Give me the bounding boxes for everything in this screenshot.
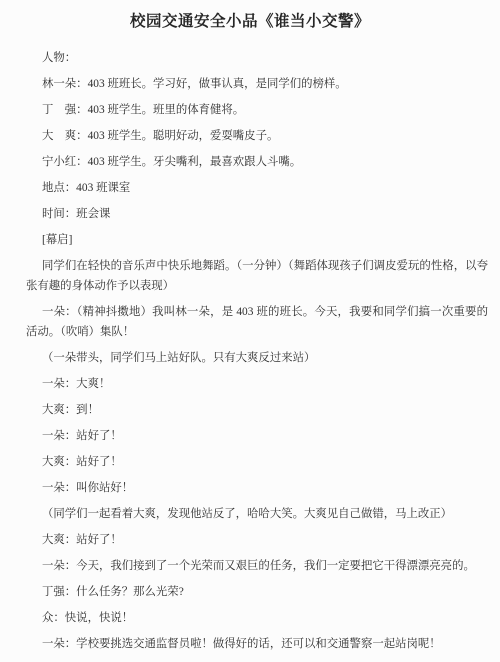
paragraph-stage-direction: （同学们一起看着大爽，发现他站反了，哈哈大笑。大爽见自己做错，马上改正）	[26, 504, 488, 524]
paragraph-curtain-up: [幕启]	[26, 230, 488, 250]
paragraph-dialogue: 一朵：（精神抖擞地）我叫林一朵，是 403 班的班长。今天，我要和同学们搞一次重…	[26, 302, 488, 342]
paragraph-dialogue: 大爽：到！	[26, 400, 488, 420]
paragraph-stage-direction: （一朵带头，同学们马上站好队。只有大爽反过来站）	[26, 348, 488, 368]
script-document-page: 校园交通安全小品《谁当小交警》 人物： 林一朵：403 班班长。学习好，做事认真…	[0, 0, 500, 662]
document-title: 校园交通安全小品《谁当小交警》	[26, 10, 474, 34]
paragraph-dialogue: 一朵：大爽！	[26, 374, 488, 394]
paragraph-dialogue: 一朵：今天，我们接到了一个光荣而又艰巨的任务，我们一定要把它干得漂漂亮亮的。	[26, 556, 488, 576]
paragraph-dialogue: 大爽：站好了！	[26, 530, 488, 550]
paragraph-dialogue: 一朵：站好了！	[26, 426, 488, 446]
paragraph-dialogue: 众：快说，快说！	[26, 608, 488, 628]
paragraph-character-ningxiaohong: 宁小红：403 班学生。牙尖嘴利，最喜欢跟人斗嘴。	[26, 152, 488, 172]
paragraph-time: 时间：班会课	[26, 204, 488, 224]
paragraph-location: 地点：403 班课室	[26, 178, 488, 198]
paragraph-dialogue: 一朵：叫你站好！	[26, 478, 488, 498]
paragraph-stage-direction: 同学们在轻快的音乐声中快乐地舞蹈。（一分钟）（舞蹈体现孩子们调皮爱玩的性格，以夸…	[26, 256, 488, 296]
paragraph-dialogue: 一朵：学校要挑选交通监督员啦！做得好的话，还可以和交通警察一起站岗呢！	[26, 634, 488, 654]
paragraph-character-linyiduo: 林一朵：403 班班长。学习好，做事认真，是同学们的榜样。	[26, 74, 488, 94]
paragraph-dialogue: 丁强：什么任务？那么光荣?	[26, 582, 488, 602]
paragraph-character-dingqiang: 丁 强：403 班学生。班里的体育健将。	[26, 100, 488, 120]
paragraph-dialogue: 大爽：站好了！	[26, 452, 488, 472]
paragraph-character-dashuang: 大 爽：403 班学生。聪明好动，爱耍嘴皮子。	[26, 126, 488, 146]
paragraph-characters-heading: 人物：	[26, 48, 488, 68]
